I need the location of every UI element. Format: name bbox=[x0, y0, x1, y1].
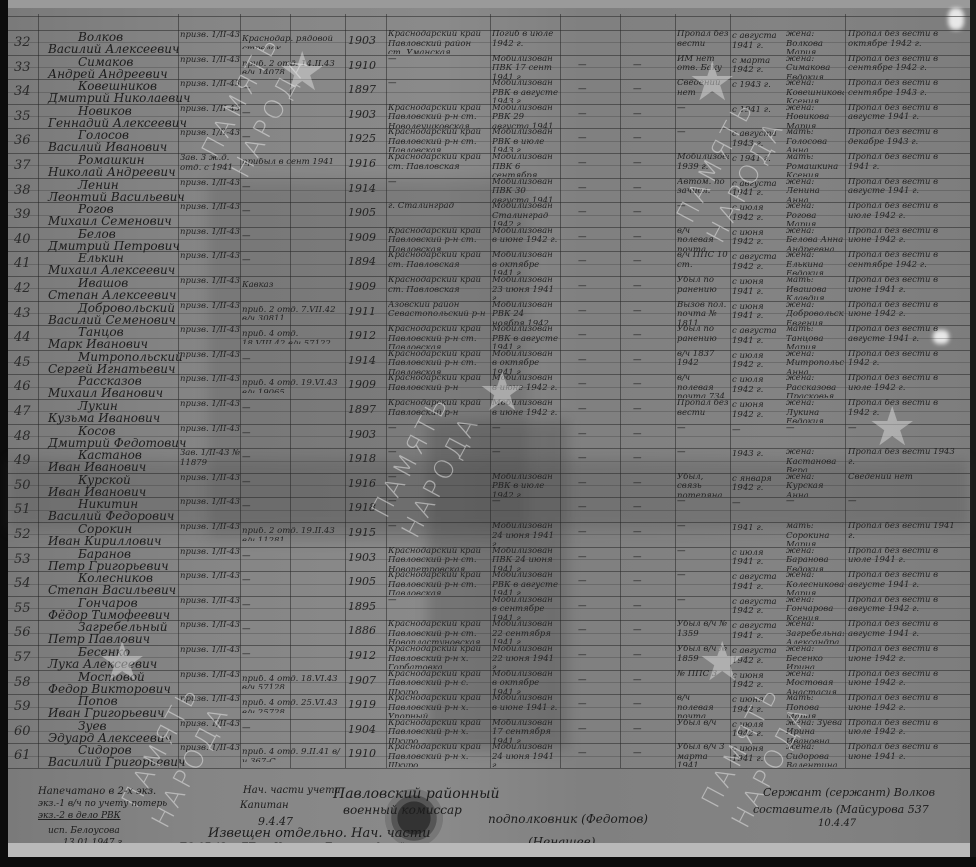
rank-note: — bbox=[242, 256, 342, 270]
receipt-date: 10.4.47 bbox=[818, 818, 856, 829]
conscription: Мобилизован РВК в июле 1943 г. bbox=[492, 128, 558, 152]
status-note: в/ч ППС 10 ст. bbox=[677, 251, 729, 275]
table-row: 47ЛукинКузьма Ивановичпризв. 1/II-43—189… bbox=[8, 399, 968, 424]
missing-date: — bbox=[732, 426, 782, 448]
birth-year: 1912 bbox=[348, 331, 384, 341]
table-row: 54КолесниковСтепан Васильевичпризв. 1/II… bbox=[8, 571, 968, 596]
missing-date: — bbox=[732, 499, 782, 521]
column-9: — bbox=[578, 700, 608, 710]
row-number: 37 bbox=[14, 158, 31, 173]
result-note: Пропал без вести 1941 г. bbox=[848, 522, 960, 546]
column-10: — bbox=[633, 208, 663, 218]
row-number: 58 bbox=[14, 675, 31, 690]
rank-note: — bbox=[242, 724, 342, 738]
column-10: — bbox=[633, 110, 663, 120]
missing-date: с августа 1942 г. bbox=[732, 647, 782, 669]
enlistment-note: призв. 1/II-43 bbox=[180, 277, 242, 299]
family-info: жена: Симакова Евдокия Кондратьевна ст. … bbox=[786, 55, 844, 79]
status-note: Сведений нет bbox=[677, 79, 729, 103]
rank-note: — bbox=[242, 84, 342, 98]
family-info: жена: Кастанова Вера Дмитриевна bbox=[786, 448, 844, 472]
birthplace: Краснодарский край Павловский р-н с. Шку… bbox=[388, 670, 488, 694]
column-9: — bbox=[578, 282, 608, 292]
result-note: Пропал без вести в сентябре 1942 г. bbox=[848, 55, 960, 79]
birth-year: 1914 bbox=[348, 356, 384, 366]
birthplace: Краснодарский край Павловский р-н ст. Па… bbox=[388, 571, 488, 595]
status-note: — bbox=[677, 424, 729, 448]
rank-note: Краснодар. рядовой стрелок bbox=[242, 35, 342, 49]
table-row: 58МостовойФедор Викторовичпризв. 1/II-43… bbox=[8, 670, 968, 695]
birth-year: 1909 bbox=[348, 380, 384, 390]
result-note: Пропал без вести в августе 1941 г. bbox=[848, 620, 960, 644]
birth-year: 1905 bbox=[348, 208, 384, 218]
status-note: Убыл, связь потеряна bbox=[677, 473, 729, 497]
conscription: Мобилизован в июне 1942 г. bbox=[492, 399, 558, 423]
missing-date: с июня 1942 г. bbox=[732, 672, 782, 694]
family-info: мать: Голосова Анна Тихоновна ст. Павлов… bbox=[786, 128, 844, 152]
birth-year: 1904 bbox=[348, 725, 384, 735]
rank-note: прибыл в сент 1941 bbox=[242, 158, 342, 172]
result-note: Пропал без вести в 1942 г. bbox=[848, 350, 960, 374]
birth-year: 1916 bbox=[348, 159, 384, 169]
birth-year: 1903 bbox=[348, 430, 384, 440]
notified-line: Извещен отдельно. Нач. части bbox=[208, 826, 430, 841]
rank-note: Кавказ bbox=[242, 281, 342, 295]
enlistment-note: призв. 1/II-43 bbox=[180, 572, 242, 594]
row-number: 34 bbox=[14, 84, 31, 99]
missing-date: с августа 1942 г. bbox=[732, 253, 782, 275]
rank-note: — bbox=[242, 183, 342, 197]
row-number: 46 bbox=[14, 379, 31, 394]
document-sheet: 32ВолковВасилий Алексеевичпризв. 1/II-43… bbox=[8, 0, 976, 857]
conscription: Мобилизован ПВК 24 июня 1941 г. bbox=[492, 547, 558, 571]
enlistment-note: призв. 1/II-43 bbox=[180, 400, 242, 422]
column-9: — bbox=[578, 749, 608, 759]
enlistment-note: призв. 1/II-43 bbox=[180, 129, 242, 151]
conscription: — bbox=[492, 424, 558, 448]
rank-note: приб. 4 отд. 18.VIII.42 в/ч 57122 bbox=[242, 330, 342, 344]
table-row: 32ВолковВасилий Алексеевичпризв. 1/II-43… bbox=[8, 30, 968, 55]
column-9: — bbox=[578, 553, 608, 563]
rank-note: — bbox=[242, 133, 342, 147]
rank-note: приб. 2 отд. 14.II.43 в/ч 14078 bbox=[242, 60, 342, 74]
conscription: Мобилизован РВК 24 ноября 1942 г. bbox=[492, 301, 558, 325]
family-info: мать: Ромашкина Ксения Ивановна bbox=[786, 153, 844, 177]
status-note: Мобилизован 1939 г. bbox=[677, 153, 729, 177]
conscription: Мобилизован РВК в августе 1941 г. bbox=[492, 571, 558, 595]
column-9: — bbox=[578, 134, 608, 144]
row-number: 56 bbox=[14, 625, 31, 640]
family-info: мать: Танцова Мария Гавриловна ст. Павло… bbox=[786, 325, 844, 349]
result-note: Пропал без вести в октябре 1942 г. bbox=[848, 30, 960, 54]
family-info: жена: Митропольская Анна Ивановна bbox=[786, 350, 844, 374]
birthplace: Краснодарский край Павловский р-н х. Шку… bbox=[388, 719, 488, 743]
family-info: жена: Рассказова Прасковья Васильевна ст… bbox=[786, 374, 844, 398]
family-info: мать: Ивашова Клавдия Даниловна ст. Павл… bbox=[786, 276, 844, 300]
birth-year: 1914 bbox=[348, 184, 384, 194]
birthplace: — bbox=[388, 596, 488, 620]
birth-year: 1918 bbox=[348, 454, 384, 464]
row-number: 35 bbox=[14, 109, 31, 124]
status-note: Убыл в/ч bbox=[677, 719, 729, 743]
birthplace: Краснодарский край Павловский р-н ст. Но… bbox=[388, 620, 488, 644]
result-note: Пропал без вести в декабре 1943 г. bbox=[848, 128, 960, 152]
rank-note: — bbox=[242, 552, 342, 566]
birthplace: — bbox=[388, 424, 488, 448]
table-row: 51НикитинВасилий Федоровичпризв. 1/II-43… bbox=[8, 497, 968, 522]
birthplace: Краснодарский край Павловский р-н ст. Но… bbox=[388, 547, 488, 571]
missing-date: с 1941 г. bbox=[732, 155, 782, 177]
birthplace: Краснодарский край Павловский р-н х. Гор… bbox=[388, 645, 488, 669]
conscription: Мобилизован РВК в августе 1941 г. bbox=[492, 325, 558, 349]
missing-date: с августа 1943 г. bbox=[732, 130, 782, 152]
birth-year: 1910 bbox=[348, 749, 384, 759]
enlistment-note: призв. 1/II-43 bbox=[180, 326, 242, 348]
status-note: — bbox=[677, 571, 729, 595]
table-row: 52СорокинИван Кирилловичпризв. 1/II-43пр… bbox=[8, 522, 968, 547]
birth-year: 1903 bbox=[348, 110, 384, 120]
family-info: жена: Рогова Мария Семеновна bbox=[786, 202, 844, 226]
result-note: Пропал без вести в июле 1942 г. bbox=[848, 719, 960, 743]
status-note: в/ч полевая почта bbox=[677, 227, 729, 251]
birthplace: Краснодарский край ст. Павловская bbox=[388, 153, 488, 177]
missing-date: с июня 1942 г. bbox=[732, 696, 782, 718]
column-10: — bbox=[633, 430, 663, 440]
table-row: 34КовешниковДмитрий Николаевичпризв. 1/I… bbox=[8, 79, 968, 104]
conscription: Мобилизован ПВК 6 сентября 1939 г. bbox=[492, 153, 558, 177]
row-number: 38 bbox=[14, 183, 31, 198]
column-9: — bbox=[578, 110, 608, 120]
family-info: жена: Колесникова Мария Ивановна ул. Сев… bbox=[786, 571, 844, 595]
print-note-2: экз.-1 в/ч по учету потерь bbox=[38, 799, 167, 809]
birthplace: г. Сталинград bbox=[388, 202, 488, 226]
conscription: Мобилизован РВК 29 августа 1941 г. bbox=[492, 104, 558, 128]
row-number: 32 bbox=[14, 35, 31, 50]
missing-date: 1943 г. bbox=[732, 450, 782, 472]
rank-note: — bbox=[242, 502, 342, 516]
column-10: — bbox=[633, 749, 663, 759]
birthplace: Азовский район Севастопольский р-н bbox=[388, 301, 488, 325]
birthplace: Краснодарский край Павловский р-н ст. Па… bbox=[388, 350, 488, 374]
family-info: жена: Зуева Ирина Ивановна bbox=[786, 719, 844, 743]
table-row: 60ЗуевЭдуард Алексеевичпризв. 1/II-43—19… bbox=[8, 719, 968, 744]
row-number: 39 bbox=[14, 207, 31, 222]
column-10: — bbox=[633, 331, 663, 341]
status-note: ИМ нет отв. Баку bbox=[677, 55, 729, 79]
officer-title: Нач. части учета bbox=[243, 785, 341, 796]
column-10: — bbox=[633, 184, 663, 194]
result-note: Пропал без вести в июле 1942 г. bbox=[848, 374, 960, 398]
column-9: — bbox=[578, 454, 608, 464]
column-10: — bbox=[633, 651, 663, 661]
missing-date: с августа 1941 г. bbox=[732, 622, 782, 644]
birthplace: — bbox=[388, 448, 488, 472]
conscription: Мобилизован ПВК 17 сент 1941 г. bbox=[492, 55, 558, 79]
row-number: 43 bbox=[14, 306, 31, 321]
table-row: 56ЗагребельныйПетр Павловичпризв. 1/II-4… bbox=[8, 620, 968, 645]
row-number: 55 bbox=[14, 601, 31, 616]
missing-date: с июня 1941 г. bbox=[732, 303, 782, 325]
result-note: Пропал без вести в сентябре 1942 г. bbox=[848, 251, 960, 275]
birth-year: 1911 bbox=[348, 307, 384, 317]
birth-year: 1897 bbox=[348, 405, 384, 415]
result-note: — bbox=[848, 497, 960, 521]
conscription: Мобилизован в июне 1942 г. bbox=[492, 227, 558, 251]
column-9: — bbox=[578, 61, 608, 71]
column-9: — bbox=[578, 651, 608, 661]
birth-year: 1925 bbox=[348, 134, 384, 144]
conscription: Мобилизован в июне 1941 г. bbox=[492, 694, 558, 718]
conscription: Мобилизован 23 июня 1941 г. bbox=[492, 276, 558, 300]
column-10: — bbox=[633, 61, 663, 71]
family-info: — bbox=[786, 424, 844, 448]
birthplace: Краснодарский край Павловский р-н ст. Па… bbox=[388, 227, 488, 251]
missing-date: с августа 1941 г. bbox=[732, 180, 782, 202]
family-info: жена: Лукина Евдокия Федоровна bbox=[786, 399, 844, 423]
table-row: 38ЛенинЛеонтий Васильевичпризв. 1/II-43—… bbox=[8, 178, 968, 203]
birth-year: 1910 bbox=[348, 61, 384, 71]
column-10: — bbox=[633, 380, 663, 390]
enlistment-note: призв. 1/II-43 bbox=[180, 695, 242, 717]
table-row: 44ТанцовМарк Ивановичпризв. 1/II-43приб.… bbox=[8, 325, 968, 350]
result-note: Пропал без вести в августе 1941 г. bbox=[848, 325, 960, 349]
family-info: жена: Курская Анна Ивановна bbox=[786, 473, 844, 497]
column-9: — bbox=[578, 577, 608, 587]
status-note: — bbox=[677, 522, 729, 546]
table-row: 42ИвашовСтепан Алексеевичпризв. 1/II-43К… bbox=[8, 276, 968, 301]
rank-note: приб. 4 отд. 18.VI.43 в/ч 57128 bbox=[242, 675, 342, 689]
status-note: Пропал без вести bbox=[677, 30, 729, 54]
table-row: 35НовиковГеннадий Алексеевичпризв. 1/II-… bbox=[8, 104, 968, 129]
conscription: Погиб в июле 1942 г. bbox=[492, 30, 558, 54]
commissar-subtitle: военный комиссар bbox=[343, 803, 462, 817]
rank-note: — bbox=[242, 109, 342, 123]
enlistment-note: Зав. 3 ж.д. отд. с 1941 bbox=[180, 154, 242, 176]
birthplace: Краснодарский край Павловский р-н bbox=[388, 374, 488, 398]
enlistment-note: призв. 1/II-43 bbox=[180, 646, 242, 668]
column-9: — bbox=[578, 503, 608, 513]
column-9: — bbox=[578, 380, 608, 390]
column-10: — bbox=[633, 676, 663, 686]
result-note: — bbox=[848, 424, 960, 448]
column-10: — bbox=[633, 257, 663, 267]
conscription: Мобилизован 17 сентября 1941 г. bbox=[492, 719, 558, 743]
birthplace: Краснодарский край Павловский р-н х. Упо… bbox=[388, 694, 488, 718]
result-note: Пропал без вести 1943 г. bbox=[848, 448, 960, 472]
column-9: — bbox=[578, 184, 608, 194]
enlistment-note: призв. 1/II-43 bbox=[180, 498, 242, 520]
table-row: 40БеловДмитрий Петровичпризв. 1/II-43—19… bbox=[8, 227, 968, 252]
paper-damage bbox=[948, 8, 964, 30]
enlistment-note: призв. 1/II-43 bbox=[180, 375, 242, 397]
missing-date: с июля 1941 г. bbox=[732, 549, 782, 571]
row-number: 33 bbox=[14, 60, 31, 75]
rank-note: — bbox=[242, 207, 342, 221]
enlistment-note: призв. 1/II-43 bbox=[180, 228, 242, 250]
column-9: — bbox=[578, 528, 608, 538]
enlistment-note: призв. 1/II-43 bbox=[180, 621, 242, 643]
enlistment-note: призв. 1/II-43 bbox=[180, 720, 242, 742]
column-9: — bbox=[578, 85, 608, 95]
birth-year: 1912 bbox=[348, 651, 384, 661]
status-note: — bbox=[677, 497, 729, 521]
missing-date: с июля 1942 г. bbox=[732, 721, 782, 743]
status-note: Убыл по ранению bbox=[677, 276, 729, 300]
status-note: Убыл в/ч № 1359 bbox=[677, 620, 729, 644]
birth-year: 1919 bbox=[348, 700, 384, 710]
status-note: — bbox=[677, 202, 729, 226]
table-row: 55ГончаровФёдор Тимофеевичпризв. 1/II-43… bbox=[8, 596, 968, 621]
column-10: — bbox=[633, 134, 663, 144]
family-info: жена: Волкова Мария Алексеевна ст. Уманс… bbox=[786, 30, 844, 54]
table-row: 48КосовДмитрий Федотовичпризв. 1/II-43—1… bbox=[8, 424, 968, 449]
birthplace: Краснодарский край Павловский р-н ст. Па… bbox=[388, 325, 488, 349]
scan-bottom-edge bbox=[8, 843, 970, 857]
family-info: жена: Добровольская Евгения Николаевна bbox=[786, 301, 844, 325]
result-note: Пропал без вести в июне 1942 г. bbox=[848, 227, 960, 251]
table-row: 53БарановПетр Григорьевичпризв. 1/II-43—… bbox=[8, 547, 968, 572]
given-name: Василий Григорьевич bbox=[48, 755, 185, 769]
rank-note: приб. 4 отд. 9.II.41 в/ч 367-С bbox=[242, 748, 342, 762]
rank-note: — bbox=[242, 650, 342, 664]
missing-date: с марта 1942 г. bbox=[732, 57, 782, 79]
conscription: Мобилизован 24 июня 1941 г. bbox=[492, 743, 558, 767]
column-10: — bbox=[633, 553, 663, 563]
result-note: Пропал без вести в июле 1941 г. bbox=[848, 547, 960, 571]
table-row: 61СидоровВасилий Григорьевичпризв. 1/II-… bbox=[8, 743, 968, 768]
row-number: 45 bbox=[14, 355, 31, 370]
birthplace: — bbox=[388, 473, 488, 497]
missing-date: с августа 1941 г. bbox=[732, 327, 782, 349]
scan-top-edge bbox=[8, 0, 970, 8]
column-9: — bbox=[578, 331, 608, 341]
executor-note: исп. Белоусова bbox=[48, 826, 120, 836]
column-9: — bbox=[578, 405, 608, 415]
family-info: мать: Попова Мария Ивановна х. Упорный bbox=[786, 694, 844, 718]
column-10: — bbox=[633, 405, 663, 415]
conscription: Мобилизован ПВК 30 августа 1941 г. bbox=[492, 178, 558, 202]
enlistment-note: призв. 1/II-43 bbox=[180, 351, 242, 373]
status-note: Убыл в/ч 3 марта 1941 bbox=[677, 743, 729, 767]
row-number: 61 bbox=[14, 748, 31, 763]
birth-year: 1886 bbox=[348, 626, 384, 636]
commissar-signature: подполковник (Федотов) bbox=[488, 812, 648, 826]
print-note-1: Напечатано в 2-х экз. bbox=[38, 786, 156, 797]
status-note: Автом. по зачисл. bbox=[677, 178, 729, 202]
table-row: 59ПоповИван Григорьевичпризв. 1/II-43при… bbox=[8, 694, 968, 719]
missing-date: с августа 1941 г. bbox=[732, 32, 782, 54]
conscription: Мобилизован 22 июня 1941 г. bbox=[492, 645, 558, 669]
result-note: Пропал без вести в июне 1942 г. bbox=[848, 670, 960, 694]
status-note: — bbox=[677, 128, 729, 152]
row-number: 48 bbox=[14, 429, 31, 444]
birth-year: 1903 bbox=[348, 553, 384, 563]
column-9: — bbox=[578, 602, 608, 612]
missing-date: с июня 1941 г. bbox=[732, 278, 782, 300]
birth-year: 1895 bbox=[348, 602, 384, 612]
column-10: — bbox=[633, 307, 663, 317]
column-10: — bbox=[633, 577, 663, 587]
enlistment-note: призв. 1/II-43 bbox=[180, 105, 242, 127]
column-9: — bbox=[578, 479, 608, 489]
rank-note: — bbox=[242, 625, 342, 639]
row-number: 53 bbox=[14, 552, 31, 567]
rank-note: приб. 2 отд. 7.VII.42 в/ч 30811 bbox=[242, 306, 342, 320]
table-row: 46РассказовМихаил Ивановичпризв. 1/II-43… bbox=[8, 374, 968, 399]
family-info: жена: Баранова Евдокия Кирилловна ст. Но… bbox=[786, 547, 844, 571]
conscription: Мобилизован РВК в августе 1943 г. bbox=[492, 79, 558, 103]
table-row: 57БесенкоЛука Алексеевичпризв. 1/II-43—1… bbox=[8, 645, 968, 670]
family-info: жена: Ковешникова Ксения Максимовна ст. … bbox=[786, 79, 844, 103]
enlistment-note: призв. 1/II-43 bbox=[180, 425, 242, 447]
birth-year: 1909 bbox=[348, 282, 384, 292]
birthplace: — bbox=[388, 178, 488, 202]
enlistment-note: призв. 1/II-43 bbox=[180, 252, 242, 274]
family-info: жена: Гончарова Ксения Михайловна ст. Па… bbox=[786, 596, 844, 620]
status-note: в/ч полевая почта 1943 bbox=[677, 694, 729, 718]
column-10: — bbox=[633, 282, 663, 292]
missing-date: с января 1942 г. bbox=[732, 475, 782, 497]
birth-year: 1905 bbox=[348, 577, 384, 587]
conscription: — bbox=[492, 448, 558, 472]
missing-date: с июля 1942 г. bbox=[732, 352, 782, 374]
birth-year: 1915 bbox=[348, 528, 384, 538]
table-row: 50КурскойИван Ивановичпризв. 1/II-43—191… bbox=[8, 473, 968, 498]
missing-date: с июня 1942 г. bbox=[732, 229, 782, 251]
column-10: — bbox=[633, 528, 663, 538]
commissar-title: Павловский районный bbox=[333, 786, 500, 802]
conscription: — bbox=[492, 497, 558, 521]
missing-date: с июля 1942 г. bbox=[732, 376, 782, 398]
column-10: — bbox=[633, 454, 663, 464]
row-number: 49 bbox=[14, 453, 31, 468]
conscription: Мобилизован в июне 1942 г. bbox=[492, 374, 558, 398]
enlistment-note: Зав. 1/II-43 № 11879 bbox=[180, 449, 242, 471]
table-row: 37РомашкинНиколай АндреевичЗав. 3 ж.д. о… bbox=[8, 153, 968, 178]
missing-date: с июня 1942 г. bbox=[732, 401, 782, 423]
rank-note: приб. 4 отд. 19.VI.43 в/ч 19065 bbox=[242, 379, 342, 393]
rank-note: — bbox=[242, 601, 342, 615]
ruling-line bbox=[8, 16, 970, 17]
family-info: жена: Сидорова Валентина Тимофеевна х. Ш… bbox=[786, 743, 844, 767]
row-number: 51 bbox=[14, 502, 31, 517]
column-10: — bbox=[633, 700, 663, 710]
column-10: — bbox=[633, 479, 663, 489]
column-9: — bbox=[578, 208, 608, 218]
enlistment-note: призв. 1/II-43 bbox=[180, 474, 242, 496]
enlistment-note: призв. 1/II-43 bbox=[180, 744, 242, 766]
result-note: Пропал без вести в августе 1942 г. bbox=[848, 596, 960, 620]
row-number: 44 bbox=[14, 330, 31, 345]
result-note: Пропал без вести в августе 1941 г. bbox=[848, 104, 960, 128]
row-number: 36 bbox=[14, 133, 31, 148]
birthplace: Краснодарский край Павловский р-н ст. Па… bbox=[388, 128, 488, 152]
column-9: — bbox=[578, 626, 608, 636]
enlistment-note: призв. 1/II-43 bbox=[180, 80, 242, 102]
birthplace: Краснодарский край Павловский р-н ст. Но… bbox=[388, 104, 488, 128]
column-10: — bbox=[633, 159, 663, 169]
column-10: — bbox=[633, 233, 663, 243]
rank-note: — bbox=[242, 453, 342, 467]
row-number: 42 bbox=[14, 281, 31, 296]
column-9: — bbox=[578, 725, 608, 735]
conscription: Мобилизован в сентябре 1941 г. bbox=[492, 596, 558, 620]
table-row: 33СимаковАндрей Андреевичпризв. 1/II-43п… bbox=[8, 55, 968, 80]
conscription: Мобилизован в октябре 1941 г. bbox=[492, 251, 558, 275]
enlistment-note: призв. 1/II-43 bbox=[180, 302, 242, 324]
result-note: Пропал без вести в июне 1941 г. bbox=[848, 276, 960, 300]
rank-note: — bbox=[242, 478, 342, 492]
